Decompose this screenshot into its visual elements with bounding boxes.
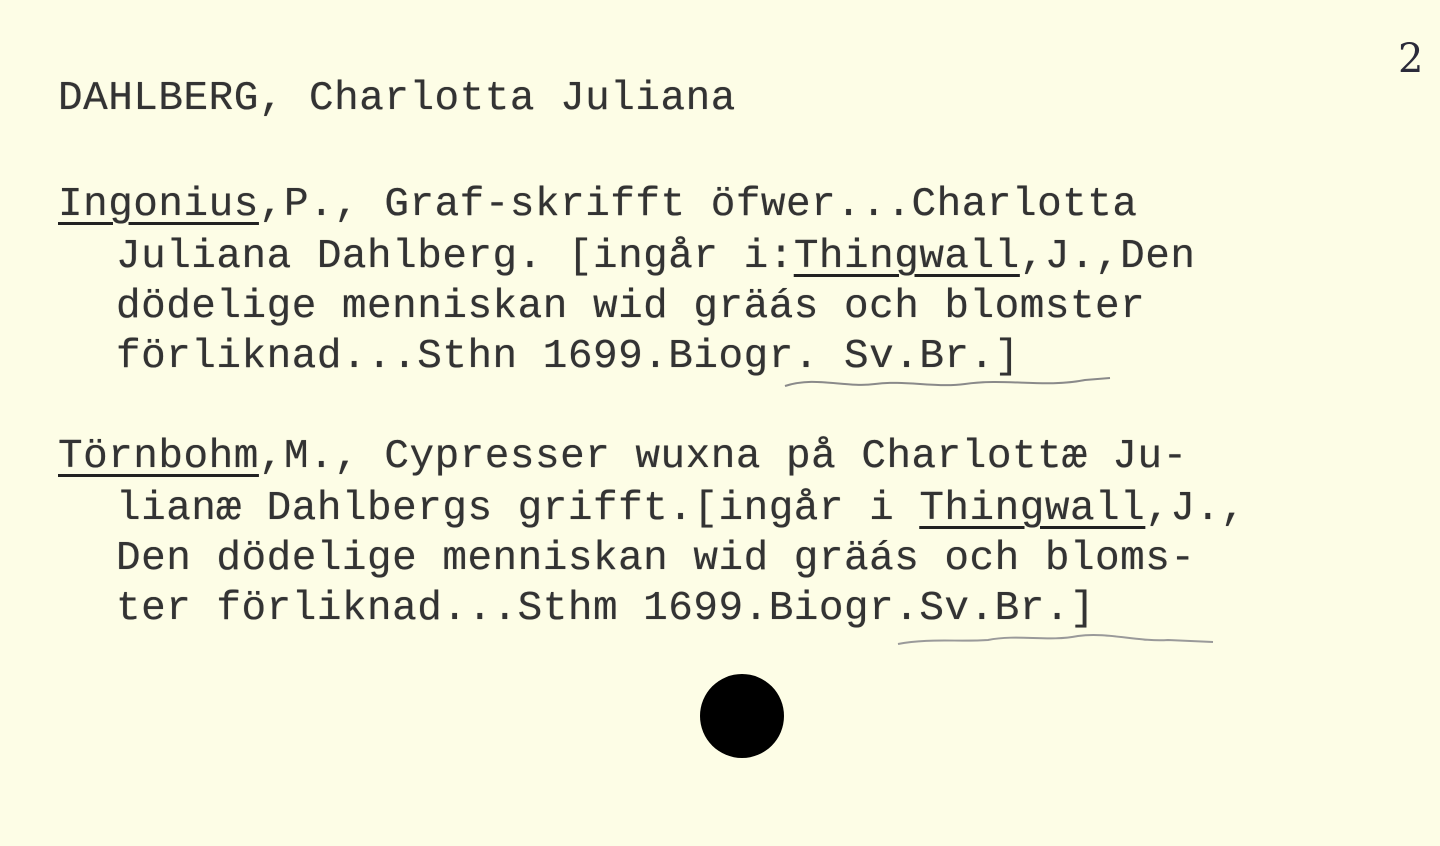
entry-text: Juliana Dahlberg. [ingår i:: [116, 234, 794, 280]
pencil-squiggle: [785, 372, 1115, 396]
entry-text: ,M., Cypresser wuxna på Charlottæ Ju-: [259, 434, 1188, 480]
entry-text: ,J.,: [1145, 486, 1245, 532]
card-heading: DAHLBERG, Charlotta Juliana: [58, 74, 736, 124]
author-underlined: Törnbohm: [58, 434, 259, 480]
page-number: 2: [1398, 36, 1423, 82]
punch-hole: [700, 674, 784, 758]
entry-line: dödelige menniskan wid gräás och blomste…: [116, 282, 1145, 332]
entry-text: ,P., Graf-skrifft öfwer...Charlotta: [259, 182, 1138, 228]
entry-line: lianæ Dahlbergs grifft.[ingår i Thingwal…: [116, 484, 1246, 534]
entry-line: ter förliknad...Sthm 1699.Biogr.Sv.Br.]: [116, 584, 1095, 634]
entry-text: ,J.,Den: [1020, 234, 1196, 280]
author-underlined: Ingonius: [58, 182, 259, 228]
entry-line: Juliana Dahlberg. [ingår i:Thingwall,J.,…: [116, 232, 1195, 282]
source-underlined: Thingwall: [919, 486, 1145, 532]
pencil-squiggle: [898, 628, 1218, 652]
entry-line: Törnbohm,M., Cypresser wuxna på Charlott…: [58, 432, 1188, 482]
entry-line: Ingonius,P., Graf-skrifft öfwer...Charlo…: [58, 180, 1137, 230]
entry-text: lianæ Dahlbergs grifft.[ingår i: [116, 486, 919, 532]
catalog-card: 2 DAHLBERG, Charlotta Juliana Ingonius,P…: [0, 0, 1440, 846]
entry-line: Den dödelige menniskan wid gräás och blo…: [116, 534, 1195, 584]
source-underlined: Thingwall: [794, 234, 1020, 280]
